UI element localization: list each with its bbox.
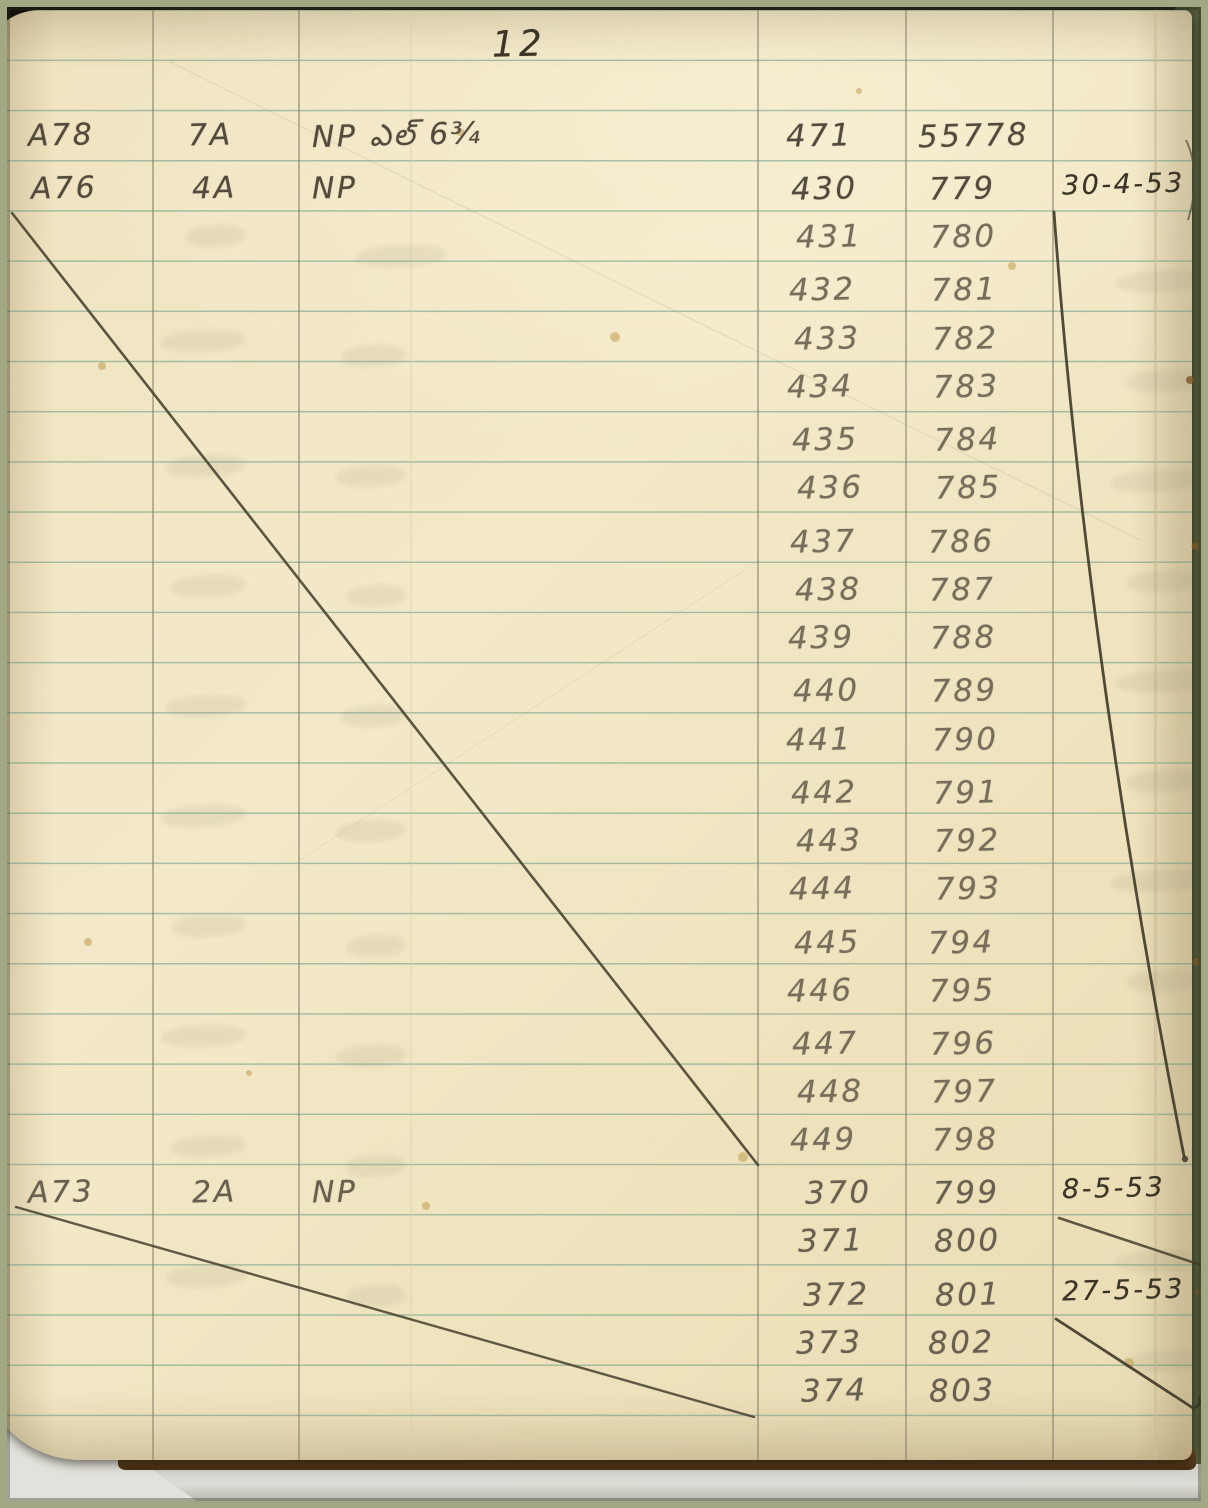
cell-serial: 442 xyxy=(791,774,859,812)
cell-number: 800 xyxy=(934,1222,1002,1260)
cell-remarks: NP ఎల్ 6¾ xyxy=(312,116,483,162)
cell-number: 791 xyxy=(933,774,1001,812)
cell-serial: 435 xyxy=(792,421,860,459)
cell-date: 27-5-53 xyxy=(1062,1274,1186,1308)
cell-remarks: NP xyxy=(312,1174,358,1210)
cell-class: 2A xyxy=(192,1174,237,1210)
cell-code: A78 xyxy=(28,117,95,154)
cell-serial: 446 xyxy=(787,972,855,1010)
cell-serial: 443 xyxy=(796,822,864,860)
cell-code: A76 xyxy=(31,170,98,207)
cell-number: 803 xyxy=(929,1372,997,1410)
cell-serial: 370 xyxy=(805,1174,873,1212)
cell-number: 784 xyxy=(934,421,1002,459)
cell-number: 797 xyxy=(931,1073,999,1111)
cell-serial: 431 xyxy=(796,218,864,256)
cell-serial: 471 xyxy=(786,117,854,155)
scanned-ledger-page: 12 A787ANP ఎల్ 6¾47155778A764ANP43077930… xyxy=(0,0,1208,1508)
cell-number: 783 xyxy=(933,368,1001,406)
cell-number: 794 xyxy=(928,924,996,962)
cell-serial: 439 xyxy=(788,619,856,657)
cell-class: 7A xyxy=(188,117,233,153)
cell-number: 788 xyxy=(930,619,998,657)
cell-serial: 440 xyxy=(793,672,861,710)
cell-code: A73 xyxy=(28,1174,95,1211)
cell-class: 4A xyxy=(192,170,237,206)
cell-number: 801 xyxy=(935,1276,1003,1314)
cell-number: 789 xyxy=(931,672,999,710)
cell-number: 790 xyxy=(932,721,1000,759)
cell-serial: 432 xyxy=(789,271,857,309)
cell-number: 799 xyxy=(933,1174,1001,1212)
cell-remarks: NP xyxy=(312,170,358,206)
cell-number: 793 xyxy=(935,870,1003,908)
cell-serial: 437 xyxy=(790,523,858,561)
cell-serial: 433 xyxy=(794,320,862,358)
cell-date: 30-4-53 xyxy=(1062,168,1186,202)
cell-number: 780 xyxy=(930,218,998,256)
cell-serial: 434 xyxy=(787,368,855,406)
cell-number: 782 xyxy=(932,320,1000,358)
cell-serial: 372 xyxy=(803,1276,871,1314)
cell-serial: 445 xyxy=(794,924,862,962)
page-number: 12 xyxy=(492,23,547,65)
cell-number: 796 xyxy=(930,1025,998,1063)
cell-serial: 374 xyxy=(801,1372,869,1410)
cell-number: 786 xyxy=(928,523,996,561)
cell-serial: 448 xyxy=(797,1073,865,1111)
cell-number: 779 xyxy=(929,170,997,208)
cell-number: 55778 xyxy=(918,117,1030,156)
cell-date: 8-5-53 xyxy=(1062,1172,1166,1206)
cell-number: 802 xyxy=(928,1324,996,1362)
cell-number: 792 xyxy=(934,822,1002,860)
cell-serial: 447 xyxy=(792,1025,860,1063)
cell-number: 785 xyxy=(935,469,1003,507)
cell-serial: 436 xyxy=(797,469,865,507)
cell-number: 787 xyxy=(929,571,997,609)
handwriting-layer: 12 A787ANP ఎల్ 6¾47155778A764ANP43077930… xyxy=(0,0,1208,1508)
cell-serial: 430 xyxy=(791,170,859,208)
cell-serial: 444 xyxy=(789,870,857,908)
cell-serial: 373 xyxy=(796,1324,864,1362)
cell-serial: 441 xyxy=(786,721,854,759)
cell-number: 798 xyxy=(932,1121,1000,1159)
cell-serial: 438 xyxy=(795,571,863,609)
cell-number: 781 xyxy=(931,271,999,309)
cell-serial: 371 xyxy=(798,1222,866,1260)
cell-number: 795 xyxy=(929,972,997,1010)
cell-serial: 449 xyxy=(790,1121,858,1159)
